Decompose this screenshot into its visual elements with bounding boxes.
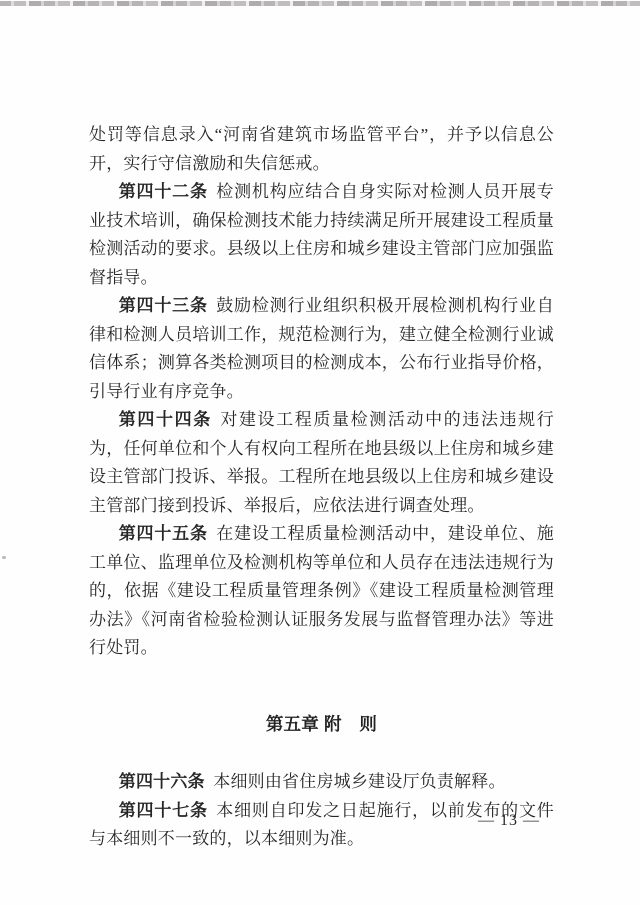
page-number: — 13 — <box>454 812 564 830</box>
scan-artifact-top-edge <box>0 1 640 6</box>
paragraph-continuation: 处罚等信息录入“河南省建筑市场监管平台”，并予以信息公开，实行守信激励和失信惩戒… <box>89 121 554 178</box>
paragraph-article-45: 第四十五条在建设工程质量检测活动中，建设单位、施工单位、监理单位及检测机构等单位… <box>89 520 554 663</box>
article-number-label: 第四十四条 <box>119 410 212 429</box>
paragraph-text: 本细则由省住房城乡建设厅负责解释。 <box>213 772 505 791</box>
paragraph-text: 在建设工程质量检测活动中，建设单位、施工单位、监理单位及检测机构等单位和人员存在… <box>89 524 554 657</box>
article-number-label: 第四十六条 <box>119 772 205 791</box>
document-body: 处罚等信息录入“河南省建筑市场监管平台”，并予以信息公开，实行守信激励和失信惩戒… <box>89 121 554 854</box>
paragraph-text: 处罚等信息录入“河南省建筑市场监管平台”，并予以信息公开，实行守信激励和失信惩戒… <box>89 125 554 173</box>
paragraph-article-43: 第四十三条鼓励检测行业组织积极开展检测机构行业自律和检测人员培训工作，规范检测行… <box>89 292 554 406</box>
scan-artifact-speck <box>2 556 6 559</box>
paragraph-article-42: 第四十二条检测机构应结合自身实际对检测人员开展专业技术培训，确保检测技术能力持续… <box>89 178 554 292</box>
article-number-label: 第四十二条 <box>119 182 208 201</box>
document-page: 处罚等信息录入“河南省建筑市场监管平台”，并予以信息公开，实行守信激励和失信惩戒… <box>0 0 640 905</box>
chapter-heading: 第五章 附 则 <box>89 710 554 739</box>
paragraph-article-44: 第四十四条对建设工程质量检测活动中的违法违规行为，任何单位和个人有权向工程所在地… <box>89 406 554 520</box>
paragraph-article-46: 第四十六条本细则由省住房城乡建设厅负责解释。 <box>89 768 554 797</box>
article-number-label: 第四十三条 <box>119 296 208 315</box>
article-number-label: 第四十七条 <box>119 801 208 820</box>
article-number-label: 第四十五条 <box>119 524 208 543</box>
